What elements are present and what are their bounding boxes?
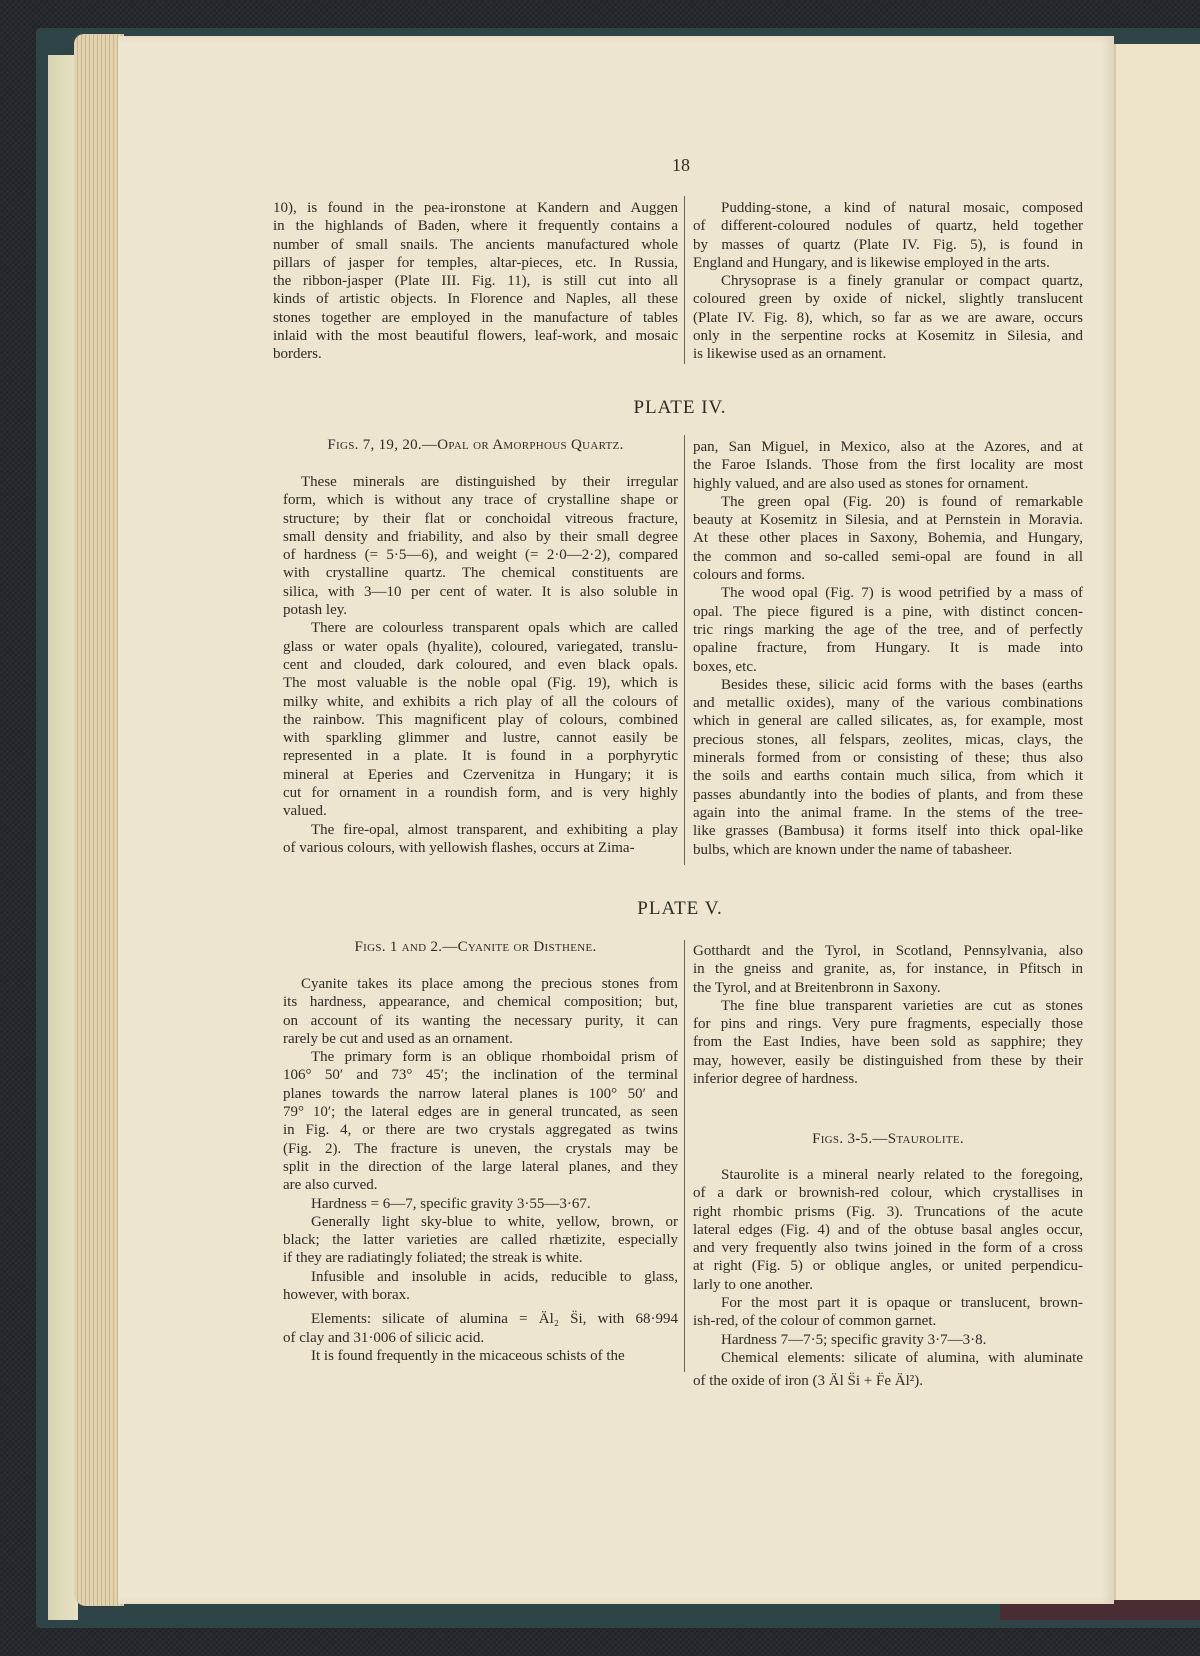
text-line: minerals formed from or consisting of th… [693,749,1083,767]
text-line: the soils and earths contain much silica… [693,767,1083,785]
text-line: glass or water opals (hyalite), coloured… [283,638,678,656]
text-line: however, with borax. [283,1286,678,1304]
text-line: planes towards the narrow lateral planes… [283,1085,678,1103]
text-line: right rhombic prisms (Fig. 3). Truncatio… [693,1203,1083,1221]
text-line: lateral edges (Fig. 4) and of the obtuse… [693,1221,1083,1239]
column-divider [684,940,685,1372]
text-line: The green opal (Fig. 20) is found of rem… [693,493,1083,511]
text-line: beauty at Kosemitz in Silesia, and at Pe… [693,511,1083,529]
text-line: of various colours, with yellowish flash… [283,839,678,857]
next-page-edge [1114,44,1200,1600]
plate-v-fig-heading: Figs. 1 and 2.—Cyanite or Disthene. [273,938,678,956]
staurolite-column: Staurolite is a mineral nearly related t… [693,1166,1083,1391]
text-line: highly valued, and are also used as ston… [693,475,1083,493]
text-line: with crystalline quartz. The chemical co… [283,564,678,582]
text-line: split in the direction of the large late… [283,1158,678,1176]
text-line: small density and friability, and also b… [283,528,678,546]
text-line: ish-red, of the colour of common garnet. [693,1312,1083,1330]
plate-iv-fig-heading: Figs. 7, 19, 20.—Opal or Amorphous Quart… [273,436,678,454]
text-line: like grasses (Bambusa) it forms itself i… [693,822,1083,840]
text-line: opaline fracture, from Hungary. It is ma… [693,639,1083,657]
text-line: 10), is found in the pea-ironstone at Ka… [273,199,678,217]
text-line: The wood opal (Fig. 7) is wood petrified… [693,584,1083,602]
text-line: colours and forms. [693,566,1083,584]
text-line: is likewise used as an ornament. [693,345,1083,363]
text-line: of the oxide of iron (3 Äl S̈i + F̈e Äl²… [693,1372,1083,1390]
text-line: number of small snails. The ancients man… [273,236,678,254]
top-left-column: 10), is found in the pea-ironstone at Ka… [273,199,678,364]
text-line: kinds of artistic objects. In Florence a… [273,290,678,308]
text-line: It is found frequently in the micaceous … [283,1347,678,1365]
text-line: Infusible and insoluble in acids, reduci… [283,1268,678,1286]
text-line: the Faroe Islands. Those from the first … [693,456,1083,474]
text-line: Staurolite is a mineral nearly related t… [693,1166,1083,1184]
text-line: inferior degree of hardness. [693,1070,1083,1088]
text-line: England and Hungary, and is likewise emp… [693,254,1083,272]
text-line: Besides these, silicic acid forms with t… [693,676,1083,694]
text-line: mineral at Eperies and Czervenitza in Hu… [283,766,678,784]
staurolite-fig-heading: Figs. 3-5.—Staurolite. [693,1130,1083,1148]
page-edges [74,34,124,1606]
text-line: and metallic oxides), many of the variou… [693,694,1083,712]
text-line: only in the serpentine rocks at Kosemitz… [693,327,1083,345]
plate-v-heading: PLATE V. [480,898,880,920]
text-line: at right (Fig. 5) or oblique angles, or … [693,1257,1083,1275]
plate-v-right-column: Gotthardt and the Tyrol, in Scotland, Pe… [693,942,1083,1088]
text-line: The fire-opal, almost transparent, and e… [283,821,678,839]
top-right-column: Pudding-stone, a kind of natural mosaic,… [693,199,1083,364]
text-line: For the most part it is opaque or transl… [693,1294,1083,1312]
text-line: Chrysoprase is a finely granular or comp… [693,272,1083,290]
text-line: represented in a plate. It is found in a… [283,747,678,765]
text-line: The fine blue transparent varieties are … [693,997,1083,1015]
text-line: 79° 10′; the lateral edges are in genera… [283,1103,678,1121]
text-line: (Plate IV. Fig. 8), which, so far as we … [693,309,1083,327]
text-line: form, which is without any trace of crys… [283,491,678,509]
text-line: precious stones, all felspars, zeolites,… [693,731,1083,749]
text-line: The primary form is an oblique rhomboida… [283,1048,678,1066]
text-line: the ribbon-jasper (Plate III. Fig. 11), … [273,272,678,290]
text-line: Generally light sky-blue to white, yello… [283,1213,678,1231]
text-line: cut for ornament in a roundish form, and… [283,784,678,802]
text-line: Cyanite takes its place among the precio… [283,975,678,993]
text-line: Pudding-stone, a kind of natural mosaic,… [693,199,1083,217]
text-line: may, however, easily be distinguished fr… [693,1052,1083,1070]
text-line: black; the latter varieties are called r… [283,1231,678,1249]
text-line: in the highlands of Baden, where it freq… [273,217,678,235]
text-line: are also curved. [283,1176,678,1194]
text-line: potash ley. [283,601,678,619]
text-line: of different-coloured nodules of quartz,… [693,217,1083,235]
text-line: coloured green by oxide of nickel, sligh… [693,290,1083,308]
text-line: if they are radiatingly foliated; the st… [283,1249,678,1267]
text-line: in the gneiss and granite, as, for insta… [693,960,1083,978]
text-line: by masses of quartz (Plate IV. Fig. 5), … [693,236,1083,254]
text-line: the rainbow. This magnificent play of co… [283,711,678,729]
text-line: the Tyrol, and at Breitenbronn in Saxony… [693,979,1083,997]
text-line: opal. The piece figured is a pine, with … [693,603,1083,621]
text-line: cent and clouded, dark coloured, and eve… [283,656,678,674]
text-line: structure; by their flat or conchoidal v… [283,510,678,528]
text-line: of clay and 31·006 of silicic acid. [283,1329,678,1347]
text-line: which in general are called silicates, a… [693,712,1083,730]
column-divider [684,435,685,865]
text-line: silica, with 3—10 per cent of water. It … [283,583,678,601]
text-line: The most valuable is the noble opal (Fig… [283,674,678,692]
text-line: its hardness, appearance, and chemical c… [283,993,678,1011]
text-line: in Fig. 4, or there are two crystals agg… [283,1121,678,1139]
text-line: of hardness (= 5·5—6), and weight (= 2·0… [283,546,678,564]
text-line: and very frequently also twins joined in… [693,1239,1083,1257]
text-line: of a dark or brownish-red colour, which … [693,1184,1083,1202]
text-line: Gotthardt and the Tyrol, in Scotland, Pe… [693,942,1083,960]
plate-iv-left-column: These minerals are distinguished by thei… [283,473,678,857]
text-line: Hardness 7—7·5; specific gravity 3·7—3·8… [693,1331,1083,1349]
text-line: with sparkling glimmer and lustre, canno… [283,729,678,747]
text-line: pillars of jasper for temples, altar-pie… [273,254,678,272]
text-line: 106° 50′ and 73° 45′; the inclination of… [283,1066,678,1084]
text-line: again into the animal frame. In the stem… [693,804,1083,822]
text-line: borders. [273,345,678,363]
text-line: pan, San Miguel, in Mexico, also at the … [693,438,1083,456]
plate-iv-heading: PLATE IV. [480,397,880,419]
text-line: Hardness = 6—7, specific gravity 3·55—3·… [283,1195,678,1213]
text-line: on account of its wanting the necessary … [283,1012,678,1030]
text-line: boxes, etc. [693,658,1083,676]
text-line: rarely be cut and used as an ornament. [283,1030,678,1048]
text-line: tric rings marking the age of the tree, … [693,621,1083,639]
text-line: There are colourless transparent opals w… [283,619,678,637]
page-number: 18 [672,156,690,174]
column-divider [684,196,685,364]
plate-iv-right-column: pan, San Miguel, in Mexico, also at the … [693,438,1083,859]
text-line: Chemical elements: silicate of alumina, … [693,1349,1083,1367]
text-line: stones together are employed in the manu… [273,309,678,327]
text-line: inlaid with the most beautiful flowers, … [273,327,678,345]
text-line: These minerals are distinguished by thei… [283,473,678,491]
text-line: valued. [283,802,678,820]
text-line: from the East Indies, have been sold as … [693,1033,1083,1051]
text-line: Elements: silicate of alumina = Äl₂ S̈i,… [283,1310,678,1328]
text-line: the common and so-called semi-opal are f… [693,548,1083,566]
text-line: At these other places in Saxony, Bohemia… [693,529,1083,547]
text-line: bulbs, which are known under the name of… [693,841,1083,859]
text-line: for pins and rings. Very pure fragments,… [693,1015,1083,1033]
text-line: larly to one another. [693,1276,1083,1294]
plate-v-left-column: Cyanite takes its place among the precio… [283,975,678,1365]
text-line: milky white, and exhibits a rich play of… [283,693,678,711]
text-line: passes abundantly into the bodies of pla… [693,786,1083,804]
text-line: (Fig. 2). The fracture is uneven, the cr… [283,1140,678,1158]
